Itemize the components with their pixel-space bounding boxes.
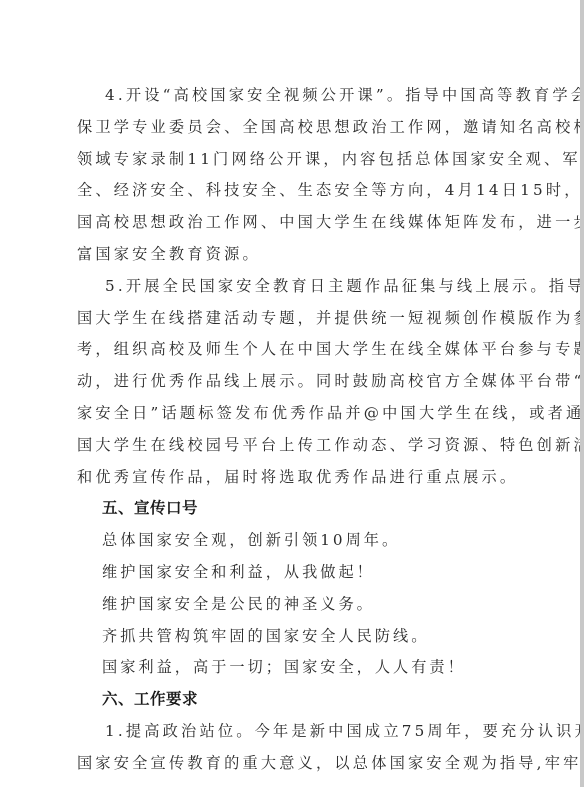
paragraph-5: 5.开展全民国家安全教育日主题作品征集与线上展示。指导中 国大学生在线搭建活动专… — [77, 271, 529, 494]
text-line: 国大学生在线搭建活动专题，并提供统一短视频创作模版作为参 — [77, 303, 529, 335]
text-line: 富国家安全教育资源。 — [77, 239, 529, 271]
text-line: 和优秀宣传作品，届时将选取优秀作品进行重点展示。 — [77, 462, 529, 494]
slogan-item: 维护国家安全和利益，从我做起！ — [77, 557, 529, 589]
slogan-item: 国家利益，高于一切；国家安全，人人有责！ — [77, 652, 529, 684]
slogan-item: 齐抓共管构筑牢固的国家安全人民防线。 — [77, 621, 529, 653]
text-line: 考，组织高校及师生个人在中国大学生在线全媒体平台参与专题活 — [77, 334, 529, 366]
section-heading: 五、宣传口号 — [77, 493, 529, 525]
section-5-slogans: 五、宣传口号 总体国家安全观，创新引领10周年。 维护国家安全和利益，从我做起！… — [77, 493, 529, 684]
text-line: 领域专家录制11门网络公开课，内容包括总体国家安全观、军事安 — [77, 144, 529, 176]
document-page: 4.开设“高校国家安全视频公开课”。指导中国高等教育学会 保卫学专业委员会、全国… — [0, 0, 580, 787]
slogan-item: 维护国家安全是公民的神圣义务。 — [77, 589, 529, 621]
page-edge-scrollbar[interactable] — [580, 0, 584, 787]
text-line: 动，进行优秀作品线上展示。同时鼓励高校官方全媒体平台带“国 — [77, 366, 529, 398]
slogan-item: 总体国家安全观，创新引领10周年。 — [77, 525, 529, 557]
text-line: 国家安全宣传教育的重大意义，以总体国家安全观为指导,牢牢把握 — [77, 748, 529, 780]
text-line: 保卫学专业委员会、全国高校思想政治工作网，邀请知名高校相关 — [77, 112, 529, 144]
text-line: 全、经济安全、科技安全、生态安全等方向，4月14日15时，通过全 — [77, 175, 529, 207]
section-heading: 六、工作要求 — [77, 684, 529, 716]
document-body: 4.开设“高校国家安全视频公开课”。指导中国高等教育学会 保卫学专业委员会、全国… — [77, 80, 529, 780]
text-line: 4.开设“高校国家安全视频公开课”。指导中国高等教育学会 — [77, 80, 529, 112]
text-line: 1.提高政治站位。今年是新中国成立75周年，要充分认识开展 — [77, 716, 529, 748]
text-line: 国大学生在线校园号平台上传工作动态、学习资源、特色创新活动 — [77, 430, 529, 462]
paragraph-4: 4.开设“高校国家安全视频公开课”。指导中国高等教育学会 保卫学专业委员会、全国… — [77, 80, 529, 271]
text-line: 5.开展全民国家安全教育日主题作品征集与线上展示。指导中 — [77, 271, 529, 303]
section-6-requirements: 六、工作要求 1.提高政治站位。今年是新中国成立75周年，要充分认识开展 国家安… — [77, 684, 529, 779]
text-line: 国高校思想政治工作网、中国大学生在线媒体矩阵发布，进一步丰 — [77, 207, 529, 239]
text-line: 家安全日”话题标签发布优秀作品并@中国大学生在线，或者通过中 — [77, 398, 529, 430]
